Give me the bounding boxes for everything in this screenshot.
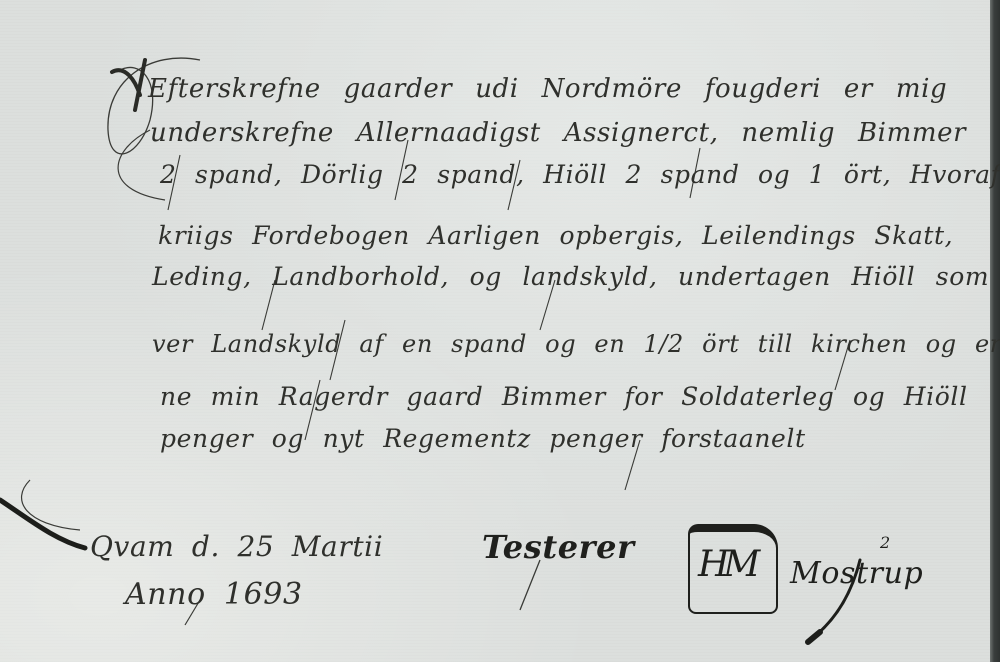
manuscript-line-1: Efterskrefne gaarder udi Nordmöre fougde… [148, 74, 947, 104]
year-line: Anno 1693 [125, 577, 303, 612]
manuscript-line-4: kriigs Fordebogen Aarligen opbergis, Lei… [158, 221, 953, 250]
signature-superscript: 2 [880, 533, 891, 552]
signature-name: Mostrup [790, 556, 923, 591]
place-date-line: Qvam d. 25 Martii [90, 530, 383, 563]
manuscript-line-6: ver Landskyld af en spand og en 1/2 ört … [152, 330, 1000, 358]
manuscript-line-5: Leding, Landborhold, og landskyld, under… [152, 262, 1000, 291]
manuscript-line-2: underskrefne Allernaadigst Assignerct, n… [150, 118, 966, 148]
monogram-letters: HM [698, 544, 754, 585]
manuscript-line-7: ne min Ragerdr gaard Bimmer for Soldater… [160, 382, 968, 411]
signature-monogram: HM [688, 524, 778, 614]
manuscript-line-8: penger og nyt Regementz penger forstaane… [160, 424, 806, 453]
manuscript-line-3: 2 spand, Dörlig 2 spand, Hiöll 2 spand o… [160, 160, 1000, 189]
witness-label: Testerer [482, 528, 635, 566]
